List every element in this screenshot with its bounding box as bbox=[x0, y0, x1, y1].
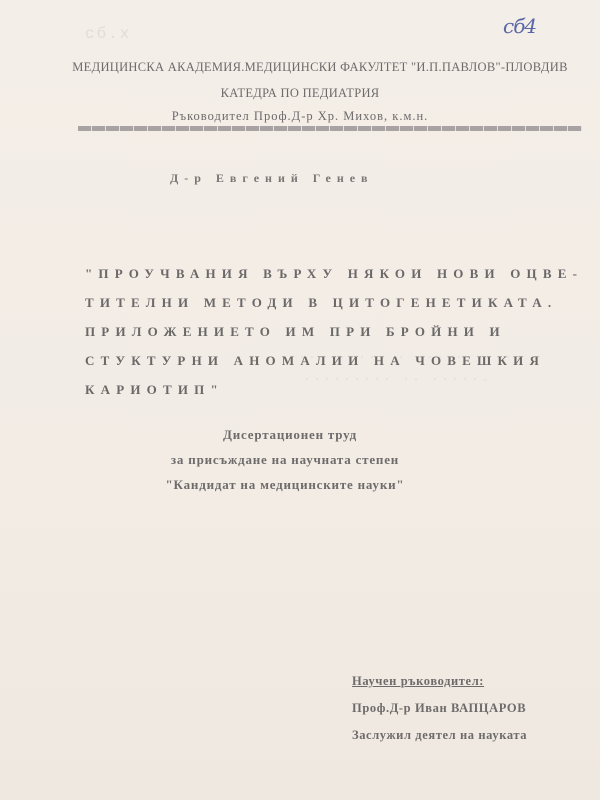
department-head: Ръководител Проф.Д-р Хр. Михов, к.м.н. bbox=[0, 109, 600, 124]
dissertation-title: "ПРОУЧВАНИЯ ВЪРХУ НЯКОИ НОВИ ОЦВЕ- ТИТЕЛ… bbox=[85, 259, 600, 404]
bleed-through-mark: сб.х bbox=[85, 25, 131, 43]
handwritten-mark: сб4 bbox=[503, 14, 536, 38]
supervisor-title: Заслужил деятел на науката bbox=[352, 722, 527, 749]
supervisor-name: Проф.Д-р Иван ВАПЦАРОВ bbox=[352, 695, 527, 722]
work-type: Дисертационен труд bbox=[0, 427, 590, 443]
title-line: ТИТЕЛНИ МЕТОДИ В ЦИТОГЕНЕТИКАТА. bbox=[85, 288, 600, 317]
degree-purpose: за присъждане на научната степен bbox=[0, 452, 585, 468]
title-line: КАРИОТИП" bbox=[85, 375, 600, 404]
institution-name: МЕДИЦИНСКА АКАДЕМИЯ.МЕДИЦИНСКИ ФАКУЛТЕТ … bbox=[40, 60, 600, 75]
department-name: КАТЕДРА ПО ПЕДИАТРИЯ bbox=[0, 86, 600, 101]
document-page: сб.х сб4 МЕДИЦИНСКА АКАДЕМИЯ.МЕДИЦИНСКИ … bbox=[0, 0, 600, 800]
header-separator bbox=[78, 126, 582, 131]
supervisor-block: Научен ръководител: Проф.Д-р Иван ВАПЦАР… bbox=[352, 668, 527, 749]
degree-name: "Кандидат на медицинските науки" bbox=[0, 477, 585, 493]
supervisor-label: Научен ръководител: bbox=[352, 668, 527, 695]
title-line: ПРИЛОЖЕНИЕТО ИМ ПРИ БРОЙНИ И bbox=[85, 317, 600, 346]
title-line: "ПРОУЧВАНИЯ ВЪРХУ НЯКОИ НОВИ ОЦВЕ- bbox=[85, 259, 600, 288]
author-name: Д-р Евгений Генев bbox=[170, 171, 374, 186]
title-line: СТУКТУРНИ АНОМАЛИИ НА ЧОВЕШКИЯ bbox=[85, 346, 600, 375]
